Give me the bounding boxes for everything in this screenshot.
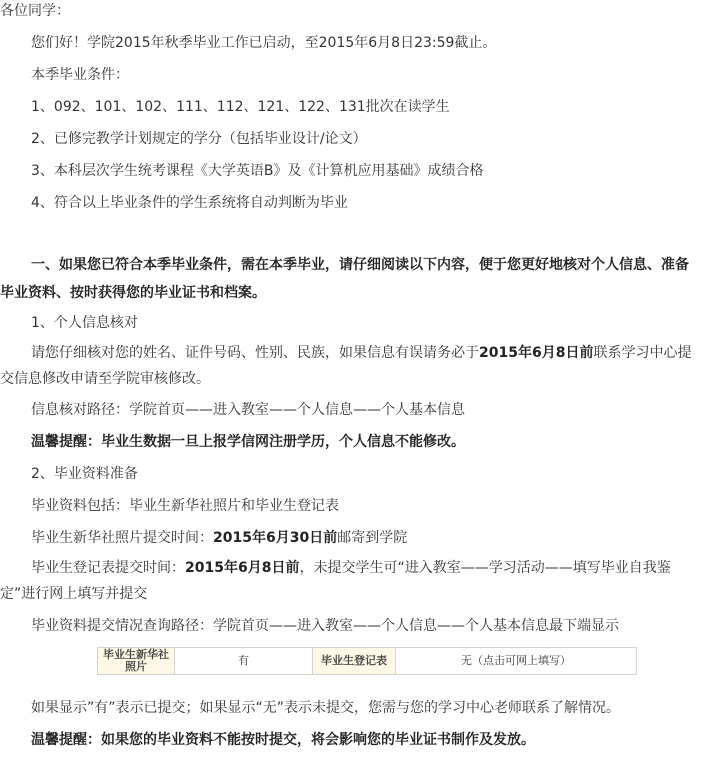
photo-header-cell: 毕业生新华社照片: [98, 648, 175, 675]
materials-list: 毕业资料包括：毕业生新华社照片和毕业生登记表: [31, 496, 339, 516]
personal-info-paragraph: 请您仔细核对您的姓名、证件号码、性别、民族，如果信息有误请务必于2015年6月8…: [0, 340, 700, 392]
reminder-personal-info: 温馨提醒：毕业生数据一旦上报学信网注册学历，个人信息不能修改。: [31, 432, 465, 452]
text: 邮寄到学院: [337, 530, 407, 546]
reminder-materials: 温馨提醒：如果您的毕业资料不能按时提交，将会影响您的毕业证书制作及发放。: [31, 730, 535, 750]
label: 毕业生登记表提交时间：: [31, 560, 185, 576]
section-heading: 一、如果您已符合本季毕业条件，需在本季毕业，请仔细阅读以下内容，便于您更好地核对…: [0, 251, 700, 307]
photo-status-cell: 有: [175, 648, 313, 675]
form-status-link[interactable]: 无（点击可网上填写）: [396, 648, 637, 675]
status-explanation: 如果显示”有”表示已提交；如果显示“无”表示未提交，您需与您的学习中心老师联系了…: [31, 698, 620, 718]
reminder-label: 温馨提醒：: [31, 732, 101, 748]
info-check-path: 信息核对路径：学院首页——进入教室——个人信息——个人基本信息: [31, 400, 465, 420]
query-path: 毕业资料提交情况查询路径：学院首页——进入教室——个人信息——个人基本信息最下端…: [31, 616, 619, 636]
intro-paragraph: 您们好！学院2015年秋季毕业工作已启动，至2015年6月8日23:59截止。: [31, 33, 496, 53]
deadline-date: 2015年6月8日前: [185, 560, 299, 576]
condition-item: 3、本科层次学生统考课程《大学英语B》及《计算机应用基础》成绩合格: [31, 161, 484, 181]
deadline-date: 2015年6月30日前: [213, 530, 337, 546]
subsection-title-personal-info: 1、个人信息核对: [31, 313, 138, 333]
reminder-text: 毕业生数据一旦上报学信网注册学历，个人信息不能修改。: [101, 434, 465, 450]
form-header-cell: 毕业生登记表: [313, 648, 396, 675]
condition-item: 2、已修完教学计划规定的学分（包括毕业设计/论文）: [31, 129, 367, 149]
deadline-date: 2015年6月8日前: [479, 345, 593, 361]
greeting: 各位同学：: [0, 1, 70, 21]
label: 毕业生新华社照片提交时间：: [31, 530, 213, 546]
photo-deadline: 毕业生新华社照片提交时间：2015年6月30日前邮寄到学院: [31, 528, 407, 548]
conditions-title: 本季毕业条件：: [31, 65, 129, 85]
table-row: 毕业生新华社照片 有 毕业生登记表 无（点击可网上填写）: [98, 648, 637, 675]
reminder-label: 温馨提醒：: [31, 434, 101, 450]
form-deadline: 毕业生登记表提交时间：2015年6月8日前，未提交学生可“进入教室——学习活动—…: [0, 555, 700, 607]
subsection-title-materials: 2、毕业资料准备: [31, 464, 138, 484]
condition-item: 4、符合以上毕业条件的学生系统将自动判断为毕业: [31, 193, 348, 213]
materials-status-table: 毕业生新华社照片 有 毕业生登记表 无（点击可网上填写）: [97, 647, 637, 675]
paragraph-text: 请您仔细核对您的姓名、证件号码、性别、民族，如果信息有误请务必于: [31, 345, 479, 361]
reminder-text: 如果您的毕业资料不能按时提交，将会影响您的毕业证书制作及发放。: [101, 732, 535, 748]
condition-item: 1、092、101、102、111、112、121、122、131批次在读学生: [31, 97, 450, 117]
